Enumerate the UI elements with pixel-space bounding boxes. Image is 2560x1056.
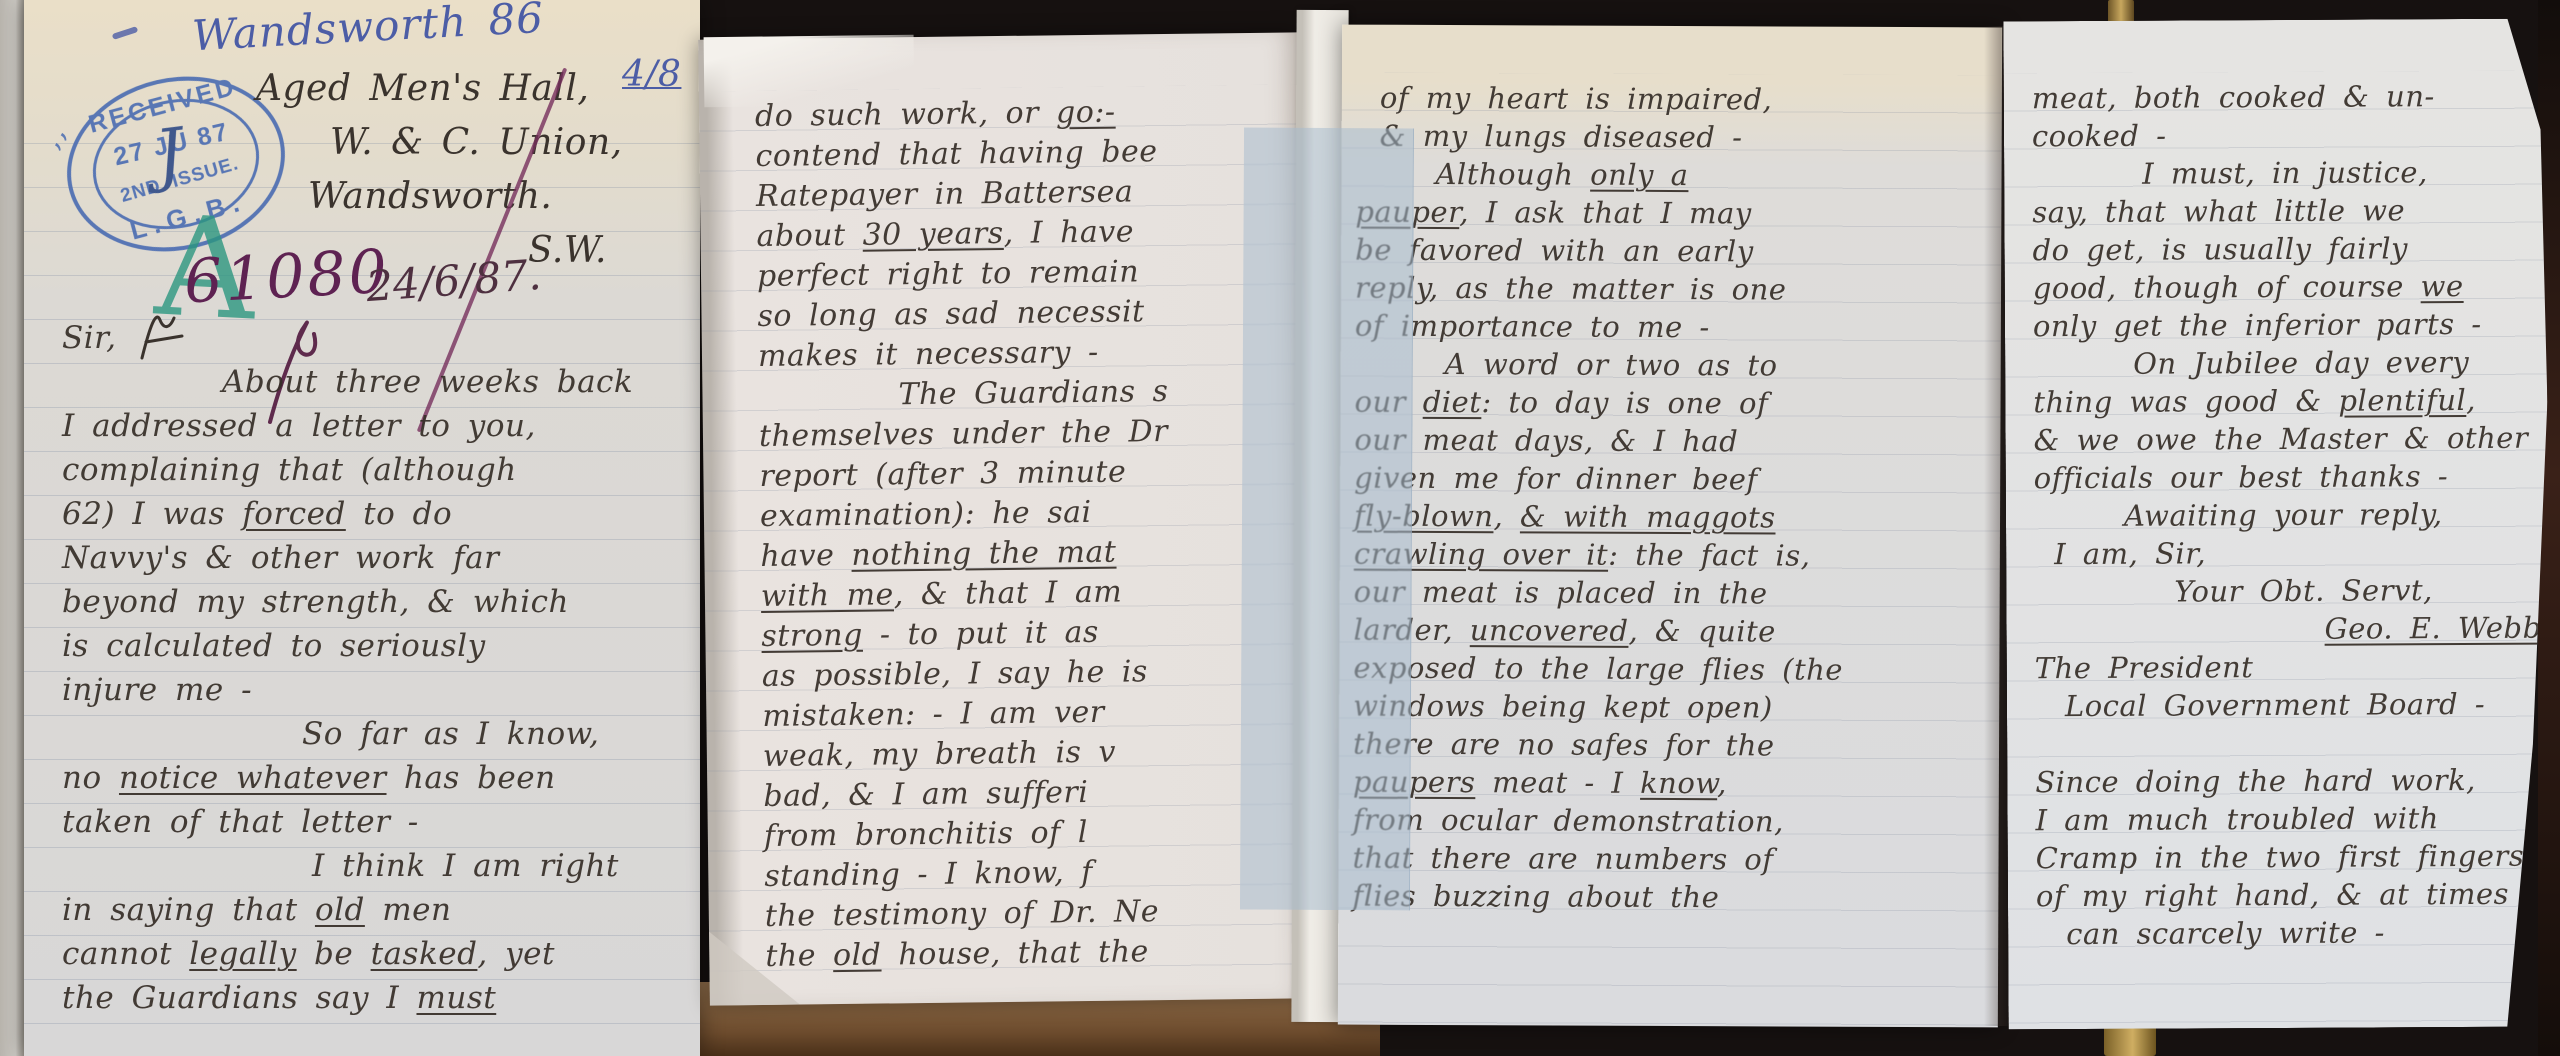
handwritten-line: The President (2035, 647, 2545, 688)
text-segment: as possible, I say he is (762, 654, 1148, 694)
handwritten-line: pauper, I ask that I may (1355, 193, 1995, 234)
text-segment: injure me - (62, 672, 252, 708)
page-curl-highlight (704, 35, 915, 108)
handwritten-line: taken of that letter - (62, 800, 692, 844)
handwritten-line: complaining that (although (62, 448, 692, 492)
text-segment: I am, Sir, (2054, 536, 2206, 571)
text-segment: nothing the mat (851, 535, 1116, 573)
folded-corner (709, 931, 800, 1006)
handwritten-line: bad, & I am sufferi (763, 770, 1310, 817)
text-segment: , I ask that I may (1459, 195, 1752, 230)
text-segment: Although (1435, 157, 1590, 192)
text-segment: weak, my breath is v (763, 735, 1116, 774)
handwritten-line: the testimony of Dr. Ne (765, 890, 1310, 937)
text-segment: beyond my strength, & which (62, 584, 569, 620)
adjacent-page-edge (0, 0, 26, 1056)
handwritten-line: our diet: to day is one of (1354, 383, 1994, 424)
text-segment: Since doing the hard work, (2035, 763, 2476, 799)
text-segment: meat, both cooked & un- (2032, 79, 2435, 115)
text-segment: from bronchitis of l (764, 815, 1088, 854)
handwritten-line: A word or two as to (1445, 345, 1995, 385)
handwritten-line: our meat days, & I had (1354, 421, 1994, 462)
text-segment: plentiful (2338, 383, 2466, 418)
text-segment: : to day is one of (1481, 385, 1768, 420)
handwritten-line: examination): he sai (760, 490, 1310, 537)
text-segment: bad, & I am sufferi (763, 775, 1088, 814)
letter-page-4: meat, both cooked & un-cooked -I must, i… (2003, 19, 2550, 1030)
handwritten-line: Since doing the hard work, (2035, 761, 2545, 802)
handwritten-line: 62) I was forced to do (62, 492, 692, 536)
text-segment: The Guardians s (898, 374, 1168, 412)
letter-body-column-4: meat, both cooked & un-cooked -I must, i… (2032, 77, 2547, 954)
letter-page-3: of my heart is impaired,& my lungs disea… (1338, 25, 2002, 1028)
text-segment: I must, in justice, (2142, 155, 2428, 190)
text-segment: examination): he sai (760, 495, 1092, 534)
text-segment: have (760, 538, 851, 574)
handwritten-line: Geo. E. Webb. (2324, 609, 2544, 648)
handwritten-line: so long as sad necessit (757, 290, 1310, 337)
text-segment: Local Government Board - (2065, 687, 2485, 723)
text-segment: is calculated to seriously (62, 628, 486, 664)
translucent-guard-strip (1240, 128, 1414, 911)
handwritten-line: reply, as the matter is one (1355, 269, 1995, 310)
registry-heading: Wandsworth 86 (191, 0, 545, 60)
text-segment: cooked - (2032, 119, 2167, 154)
text-segment: men (365, 892, 452, 928)
handwritten-line: I addressed a letter to you, (62, 404, 692, 448)
handwritten-line: from ocular demonstration, (1353, 801, 1993, 842)
text-segment: Your Obt. Servt, (2174, 573, 2433, 608)
text-segment: do get, is usually fairly (2032, 231, 2408, 267)
handwritten-line: flies buzzing about the (1352, 877, 1992, 918)
text-segment: themselves under the Dr (759, 414, 1168, 454)
handwritten-line: Ratepayer in Battersea (756, 170, 1310, 217)
letter-body-column-1: Sir,About three weeks backI addressed a … (62, 316, 692, 1020)
text-segment: reply, as the matter is one (1355, 271, 1787, 307)
text-segment: windows being kept open) (1353, 689, 1773, 725)
text-segment: our meat is placed in the (1354, 575, 1768, 611)
text-segment: , (2466, 383, 2476, 417)
text-segment: 30 years (862, 216, 1003, 253)
text-segment: On Jubilee day every (2133, 345, 2469, 381)
text-segment: old (315, 892, 365, 928)
handwritten-line: meat, both cooked & un- (2032, 77, 2542, 118)
text-segment: I addressed a letter to you, (62, 408, 536, 444)
text-segment: the testimony of Dr. Ne (765, 894, 1160, 934)
text-segment: to do (346, 496, 452, 532)
text-segment: we (2420, 269, 2463, 303)
text-segment: & we owe the Master & other (2033, 421, 2528, 458)
text-segment: , & quite (1628, 614, 1775, 649)
text-segment: from ocular demonstration, (1353, 803, 1784, 839)
text-segment: So far as I know, (302, 716, 599, 752)
text-segment: diet (1423, 385, 1482, 419)
text-segment: makes it necessary - (758, 335, 1099, 374)
text-segment: , yet (477, 936, 555, 972)
handwritten-line: the Guardians say I must (62, 976, 692, 1020)
text-segment: so long as sad necessit (757, 294, 1145, 334)
handwritten-line: our meat is placed in the (1354, 573, 1994, 614)
handwritten-line: good, though of course we (2033, 267, 2543, 308)
handwritten-line: Cramp in the two first fingers (2036, 837, 2546, 878)
text-segment: Navvy's & other work far (62, 540, 499, 576)
text-segment: standing - I know, f (764, 855, 1093, 894)
text-segment: about (756, 218, 862, 254)
handwritten-line: standing - I know, f (764, 850, 1310, 897)
text-segment: Geo. E. Webb. (2324, 611, 2551, 646)
handwritten-line: paupers meat - I know, (1353, 763, 1993, 804)
handwritten-line: About three weeks back (222, 360, 692, 404)
text-segment: cannot (62, 936, 189, 972)
text-segment: only a (1590, 158, 1688, 192)
handwritten-line: So far as I know, (302, 712, 692, 756)
handwritten-line: say, that what little we (2032, 191, 2542, 232)
text-segment: given me for dinner beef (1354, 461, 1758, 497)
handwritten-line: makes it necessary - (758, 330, 1310, 377)
handwritten-line: thing was good & plentiful, (2033, 381, 2543, 422)
text-segment: , I have (1003, 214, 1134, 251)
text-segment: be (297, 936, 371, 972)
text-segment: & with maggots (1520, 499, 1776, 534)
text-segment: I think I am right (312, 848, 619, 884)
handwritten-line: weak, my breath is v (763, 730, 1310, 777)
handwritten-line: from bronchitis of l (764, 810, 1310, 857)
letter-body-column-2: do such work, or go:-contend that having… (755, 90, 1310, 977)
handwritten-line: I am, Sir, (2054, 533, 2544, 574)
text-segment: go:- (1056, 95, 1116, 131)
text-segment: old (833, 938, 882, 974)
handwritten-line: cannot legally be tasked, yet (62, 932, 692, 976)
handwritten-line: Awaiting your reply, (2124, 495, 2544, 535)
text-segment: - to put it as (863, 615, 1099, 653)
handwritten-line: I think I am right (312, 844, 692, 888)
handwritten-line: I must, in justice, (2142, 153, 2542, 193)
handwritten-line: Sir, (62, 316, 692, 360)
text-segment: there are no safes for the (1353, 727, 1775, 763)
handwritten-line: crawling over it: the fact is, (1354, 535, 1994, 576)
handwritten-line: injure me - (62, 668, 692, 712)
text-segment: know (1640, 766, 1717, 800)
handwritten-line: strong - to put it as (761, 610, 1310, 657)
handwritten-line: can scarcely write - (2066, 913, 2546, 954)
text-segment: contend that having bee (755, 134, 1157, 174)
handwritten-line: do get, is usually fairly (2032, 229, 2542, 270)
handwritten-line: & my lungs diseased - (1380, 117, 1996, 158)
handwritten-line: only get the inferior parts - (2033, 305, 2543, 346)
text-segment: has been (387, 760, 556, 796)
text-segment: mistaken: - I am ver (762, 695, 1105, 734)
handwritten-line: of my heart is impaired, (1380, 79, 1996, 120)
letter-page-2: do such work, or go:-contend that having… (698, 32, 1310, 1005)
text-segment: Sir, (62, 320, 116, 356)
handwritten-line: officials our best thanks - (2034, 457, 2544, 498)
handwritten-line: mistaken: - I am ver (762, 690, 1310, 737)
text-segment: report (after 3 minute (759, 455, 1126, 494)
address-line: Wandsworth. (308, 170, 623, 224)
handwritten-line: of my right hand, & at times (2036, 875, 2546, 916)
text-segment: good, though of course (2033, 269, 2421, 305)
handwritten-line: Your Obt. Servt, (2174, 571, 2544, 611)
address-line: S.W. (528, 224, 623, 278)
blue-ink-tick (112, 26, 139, 40)
handwritten-line: that there are numbers of (1352, 839, 1992, 880)
text-segment: house, that the (881, 934, 1149, 972)
text-segment: forced (242, 496, 346, 532)
handwritten-line: no notice whatever has been (62, 756, 692, 800)
text-segment: no (62, 760, 119, 796)
text-segment: thing was good & (2033, 384, 2338, 420)
text-segment: , (1717, 766, 1727, 800)
text-segment: in saying that (62, 892, 315, 928)
text-segment: A word or two as to (1445, 347, 1778, 382)
handwritten-line: report (after 3 minute (759, 450, 1310, 497)
text-segment: taken of that letter - (62, 804, 419, 840)
handwritten-line: windows being kept open) (1353, 687, 1993, 728)
handwritten-line: larder, uncovered, & quite (1353, 611, 1993, 652)
text-segment: only get the inferior parts - (2033, 307, 2482, 343)
text-segment: legally (189, 936, 296, 972)
text-segment: I am much troubled with (2035, 801, 2439, 837)
address-line: W. & C. Union, (330, 116, 623, 170)
text-segment: About three weeks back (222, 364, 633, 400)
text-segment: of my right hand, & at times (2036, 877, 2509, 913)
handwritten-line: have nothing the mat (760, 530, 1310, 577)
text-segment: meat - I (1475, 765, 1640, 800)
text-segment: must (416, 980, 496, 1016)
text-segment: can scarcely write - (2066, 915, 2385, 951)
text-segment: & my lungs diseased - (1380, 119, 1743, 155)
handwritten-line: cooked - (2032, 115, 2542, 156)
handwritten-line: themselves under the Dr (759, 410, 1310, 457)
handwritten-line: is calculated to seriously (62, 624, 692, 668)
text-segment: the Guardians say I (62, 980, 416, 1016)
text-segment: strong (761, 618, 863, 654)
handwritten-line: Local Government Board - (2065, 685, 2545, 726)
handwritten-line: of importance to me - (1355, 307, 1995, 348)
handwritten-line: exposed to the large flies (the (1353, 649, 1993, 690)
handwritten-line: given me for dinner beef (1354, 459, 1994, 500)
handwritten-line: & we owe the Master & other (2033, 419, 2543, 460)
text-segment: officials our best thanks - (2034, 459, 2449, 495)
handwritten-line: in saying that old men (62, 888, 692, 932)
text-segment: , (1493, 499, 1520, 533)
handwritten-line: contend that having bee (755, 130, 1310, 177)
address-line: Aged Men's Hall, (256, 62, 623, 116)
text-segment: Cramp in the two first fingers (2036, 839, 2525, 876)
text-segment: tasked (371, 936, 478, 972)
text-segment: 62) I was (62, 496, 242, 532)
handwritten-line: as possible, I say he is (762, 650, 1310, 697)
text-segment: notice whatever (119, 760, 387, 796)
text-segment: perfect right to remain (757, 254, 1140, 294)
text-segment: uncovered (1470, 613, 1629, 648)
handwritten-line: fly-blown, & with maggots (1354, 497, 1994, 538)
letter-page-1: Wandsworth 86 4/8 RECEIVED 27 JU 87 2ND.… (24, 0, 700, 1056)
handwritten-line: perfect right to remain (757, 250, 1310, 297)
folio-number: 4/8 (622, 54, 681, 95)
handwritten-line: Navvy's & other work far (62, 536, 692, 580)
text-segment: complaining that (although (62, 452, 517, 488)
text-segment: of my heart is impaired, (1380, 81, 1773, 117)
text-segment: : the fact is, (1608, 538, 1810, 573)
text-segment: Ratepayer in Battersea (756, 174, 1134, 214)
handwritten-line: about 30 years, I have (756, 210, 1310, 257)
text-segment: with me (761, 577, 894, 614)
handwritten-line: there are no safes for the (1353, 725, 1993, 766)
text-segment: say, that what little we (2032, 193, 2405, 229)
handwritten-line: beyond my strength, & which (62, 580, 692, 624)
archival-letter-photo: Wandsworth 86 4/8 RECEIVED 27 JU 87 2ND.… (0, 0, 2560, 1056)
handwritten-line: I am much troubled with (2035, 799, 2545, 840)
text-segment: The President (2035, 650, 2254, 685)
handwritten-line: On Jubilee day every (2133, 343, 2543, 383)
handwritten-line: with me, & that I am (761, 570, 1310, 617)
text-segment: that there are numbers of (1352, 841, 1773, 877)
letter-body-column-3: of my heart is impaired,& my lungs disea… (1352, 79, 1996, 918)
handwritten-line: Although only a (1435, 155, 1995, 195)
text-segment: exposed to the large flies (the (1353, 651, 1843, 687)
text-segment: be favored with an early (1355, 233, 1754, 269)
text-segment: Awaiting your reply, (2124, 497, 2443, 533)
handwritten-line (2035, 723, 2545, 764)
handwritten-line: the old house, that the (765, 930, 1310, 977)
text-segment: , & that I am (894, 575, 1123, 613)
handwritten-line: be favored with an early (1355, 231, 1995, 272)
